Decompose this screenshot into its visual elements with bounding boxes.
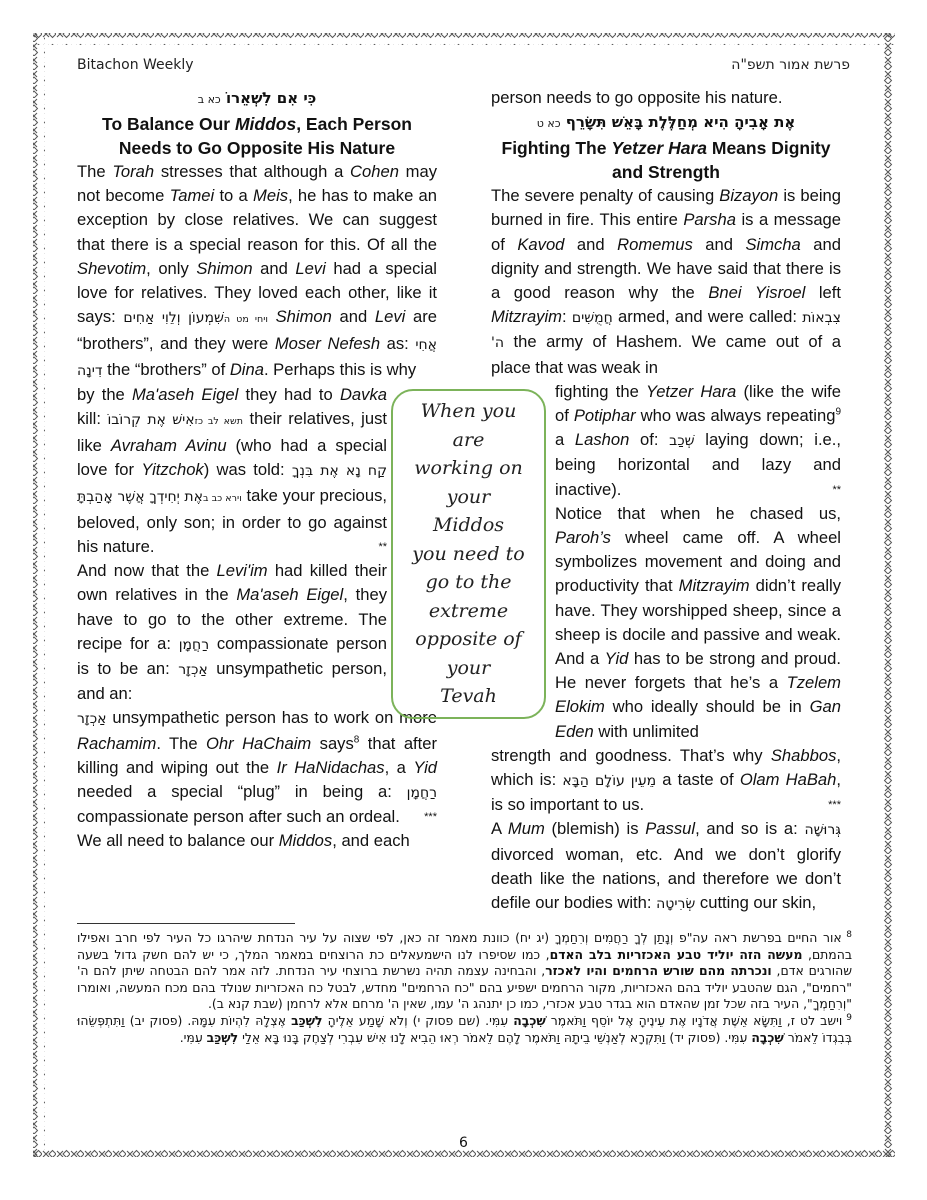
right-column: person needs to go opposite his nature. … [491,86,841,916]
bold-text: ונכרתה מהם שורש הרחמים והיו לאכזר [545,963,772,978]
bold-text: שִׁכְבָה [751,1030,783,1045]
italic-term: Torah [112,162,154,181]
paragraph: strength and goodness. That’s why Shabbo… [491,744,841,818]
italic-term: Simcha [745,235,800,254]
paragraph: A Mum (blemish) is Passul, and so is a: … [491,817,841,916]
left-hebrew-title: כִּי אִם לִשְׁאֵרוֹ כא ב [77,86,437,112]
italic-term: Ir HaNidachas [277,758,385,777]
hebrew-quote: גְּרוּשָׁה [804,822,841,838]
italic-term: Yetzer Hara [646,382,736,401]
italic-term: Romemus [617,235,693,254]
hebrew-quote: רַחֲמָן [407,785,437,801]
italic-term: Meis [253,186,288,205]
paragraph-wrapped: fighting the Yetzer Hara (like the wife … [555,380,841,502]
section-divider-stars: *** [424,805,437,829]
italic-term: Ma'aseh Eigel [132,385,238,404]
verse-reference: כא ט [537,117,561,130]
pull-quote-line: your [447,483,491,512]
italic-term: Paroh’s [555,528,611,547]
italic-term: Davka [340,385,387,404]
title-text: To Balance Our [102,114,235,134]
italic-term: Ohr HaChaim [206,734,311,753]
publication-name: Bitachon Weekly [77,57,194,73]
italic-term: Yid [413,758,437,777]
bold-text: שִׁכְבָה [513,1013,545,1028]
section-divider-stars: *** [828,793,841,817]
paragraph-wrapped: by the Ma'aseh Eigel they had to Davka k… [77,383,387,559]
footnotes: 8 אור החיים בפרשת ראה עה"פ וְנָתַן לְךָ … [77,930,852,1046]
hebrew-quote: רַחֲמָן [179,637,209,653]
italic-term: Olam HaBah [740,770,837,789]
italic-term: Ma'aseh Eigel [236,585,343,604]
footnote-number: 9 [842,1013,852,1023]
title-text: Fighting The [502,138,612,158]
italic-term: Lashon [575,430,629,449]
hebrew-quote: חֲמֻשִׁים [572,310,613,326]
italic-term: Mitzrayim [679,576,750,595]
italic-term: Levi [295,259,325,278]
footnote: 9 וישב לט ז, וַתִּשָּׂא אֵשֶׁת אֲדֹנָיו … [77,1013,852,1046]
paragraph: The Torah stresses that although a Cohen… [77,160,437,383]
title-italic-text: Yetzer Hara [611,138,707,158]
paragraph: אַכְזָר unsympathetic person has to work… [77,706,437,829]
italic-term: Shevotim [77,259,146,278]
hebrew-quote: מֵעֵין עוֹלָם הַבָּא [562,773,656,789]
hebrew-quote: שְׂרִיטָה [656,896,695,912]
left-article-title: To Balance Our Middos, Each Person Needs… [77,112,437,160]
italic-term: Shimon [276,307,332,326]
paragraph-wrapped: And now that the Levi'im had killed thei… [77,559,387,706]
italic-term: Passul [645,819,695,838]
hebrew-quote: שְׁכַב [669,433,694,449]
verse-reference: כא ב [198,93,221,106]
italic-term: Middos [279,831,333,850]
italic-term: Tzelem Elokim [555,673,841,716]
hebrew-quote: אִישׁ אֶת קְרוֹבוֹ [107,412,194,428]
paragraph: The severe penalty of causing Bizayon is… [491,184,841,380]
right-hebrew-title: אֶת אָבִיהָ הִיא מְחַלֶּלֶת בָּאֵשׁ תִּש… [491,110,841,136]
footnote-marker: 9 [835,407,841,418]
italic-term: Yitzchok [141,460,203,479]
section-divider-stars: ** [378,535,387,559]
bold-text: לִשְׁכַּב [291,1013,322,1028]
paragraph: We all need to balance our Middos, and e… [77,829,437,853]
pull-quote-line: are [453,426,485,455]
hebrew-verse: אֶת אָבִיהָ הִיא מְחַלֶּלֶת בָּאֵשׁ תִּש… [566,113,795,131]
italic-term: Kavod [517,235,564,254]
source-reference: תשא לב כז [195,416,243,427]
italic-term: Yid [605,649,629,668]
bold-text: לִשְׁכַּב [207,1030,238,1045]
source-reference: וירא כב ב [203,493,242,504]
italic-term: Dina [230,360,264,379]
italic-term: Shabbos [771,746,837,765]
hebrew-quote: שִׁמְעוֹן וְלֵוִי אַחִים [123,310,223,326]
pull-quote-line: Tevah [440,682,497,711]
hebrew-verse: כִּי אִם לִשְׁאֵרוֹ [226,89,316,107]
section-divider-stars: ** [832,478,841,502]
page-number: 6 [0,1135,927,1151]
italic-term: Bnei Yisroel [708,283,805,302]
italic-term: Parsha [683,210,736,229]
hebrew-quote: אַכְזָר [178,662,208,678]
parsha-date: פרשת אמור תשפ"ה [731,57,850,73]
italic-term: Cohen [350,162,399,181]
footnote: 8 אור החיים בפרשת ראה עה"פ וְנָתַן לְךָ … [77,930,852,1013]
italic-term: Potiphar [574,406,636,425]
italic-term: Levi'im [217,561,268,580]
left-column: כִּי אִם לִשְׁאֵרוֹ כא ב To Balance Our … [77,86,437,854]
italic-term: Bizayon [719,186,778,205]
bold-text: מעשה הזה יוליד טבע האכזריות בלב האדם [550,947,803,962]
title-italic-text: Middos [235,114,296,134]
italic-term: Mitzrayim [491,307,562,326]
italic-term: Rachamim [77,734,156,753]
footnote-marker: 8 [354,734,360,745]
footnote-number: 8 [842,930,852,940]
right-article-title: Fighting The Yetzer Hara Means Dignity a… [491,136,841,184]
italic-term: Mum [508,819,545,838]
hebrew-quote: אַכְזָר [77,711,107,727]
pull-quote-line: your [447,654,491,683]
footnote-separator [77,923,295,924]
paragraph-wrapped: Notice that when he chased us, Paroh’s w… [555,502,841,744]
italic-term: Levi [375,307,405,326]
italic-term: Avraham Avinu [111,436,227,455]
italic-term: Tamei [170,186,215,205]
source-reference: ויחי מט ה [224,314,268,325]
italic-term: Shimon [196,259,252,278]
italic-term: Moser Nefesh [275,334,380,353]
continued-text: person needs to go opposite his nature. [491,86,841,110]
